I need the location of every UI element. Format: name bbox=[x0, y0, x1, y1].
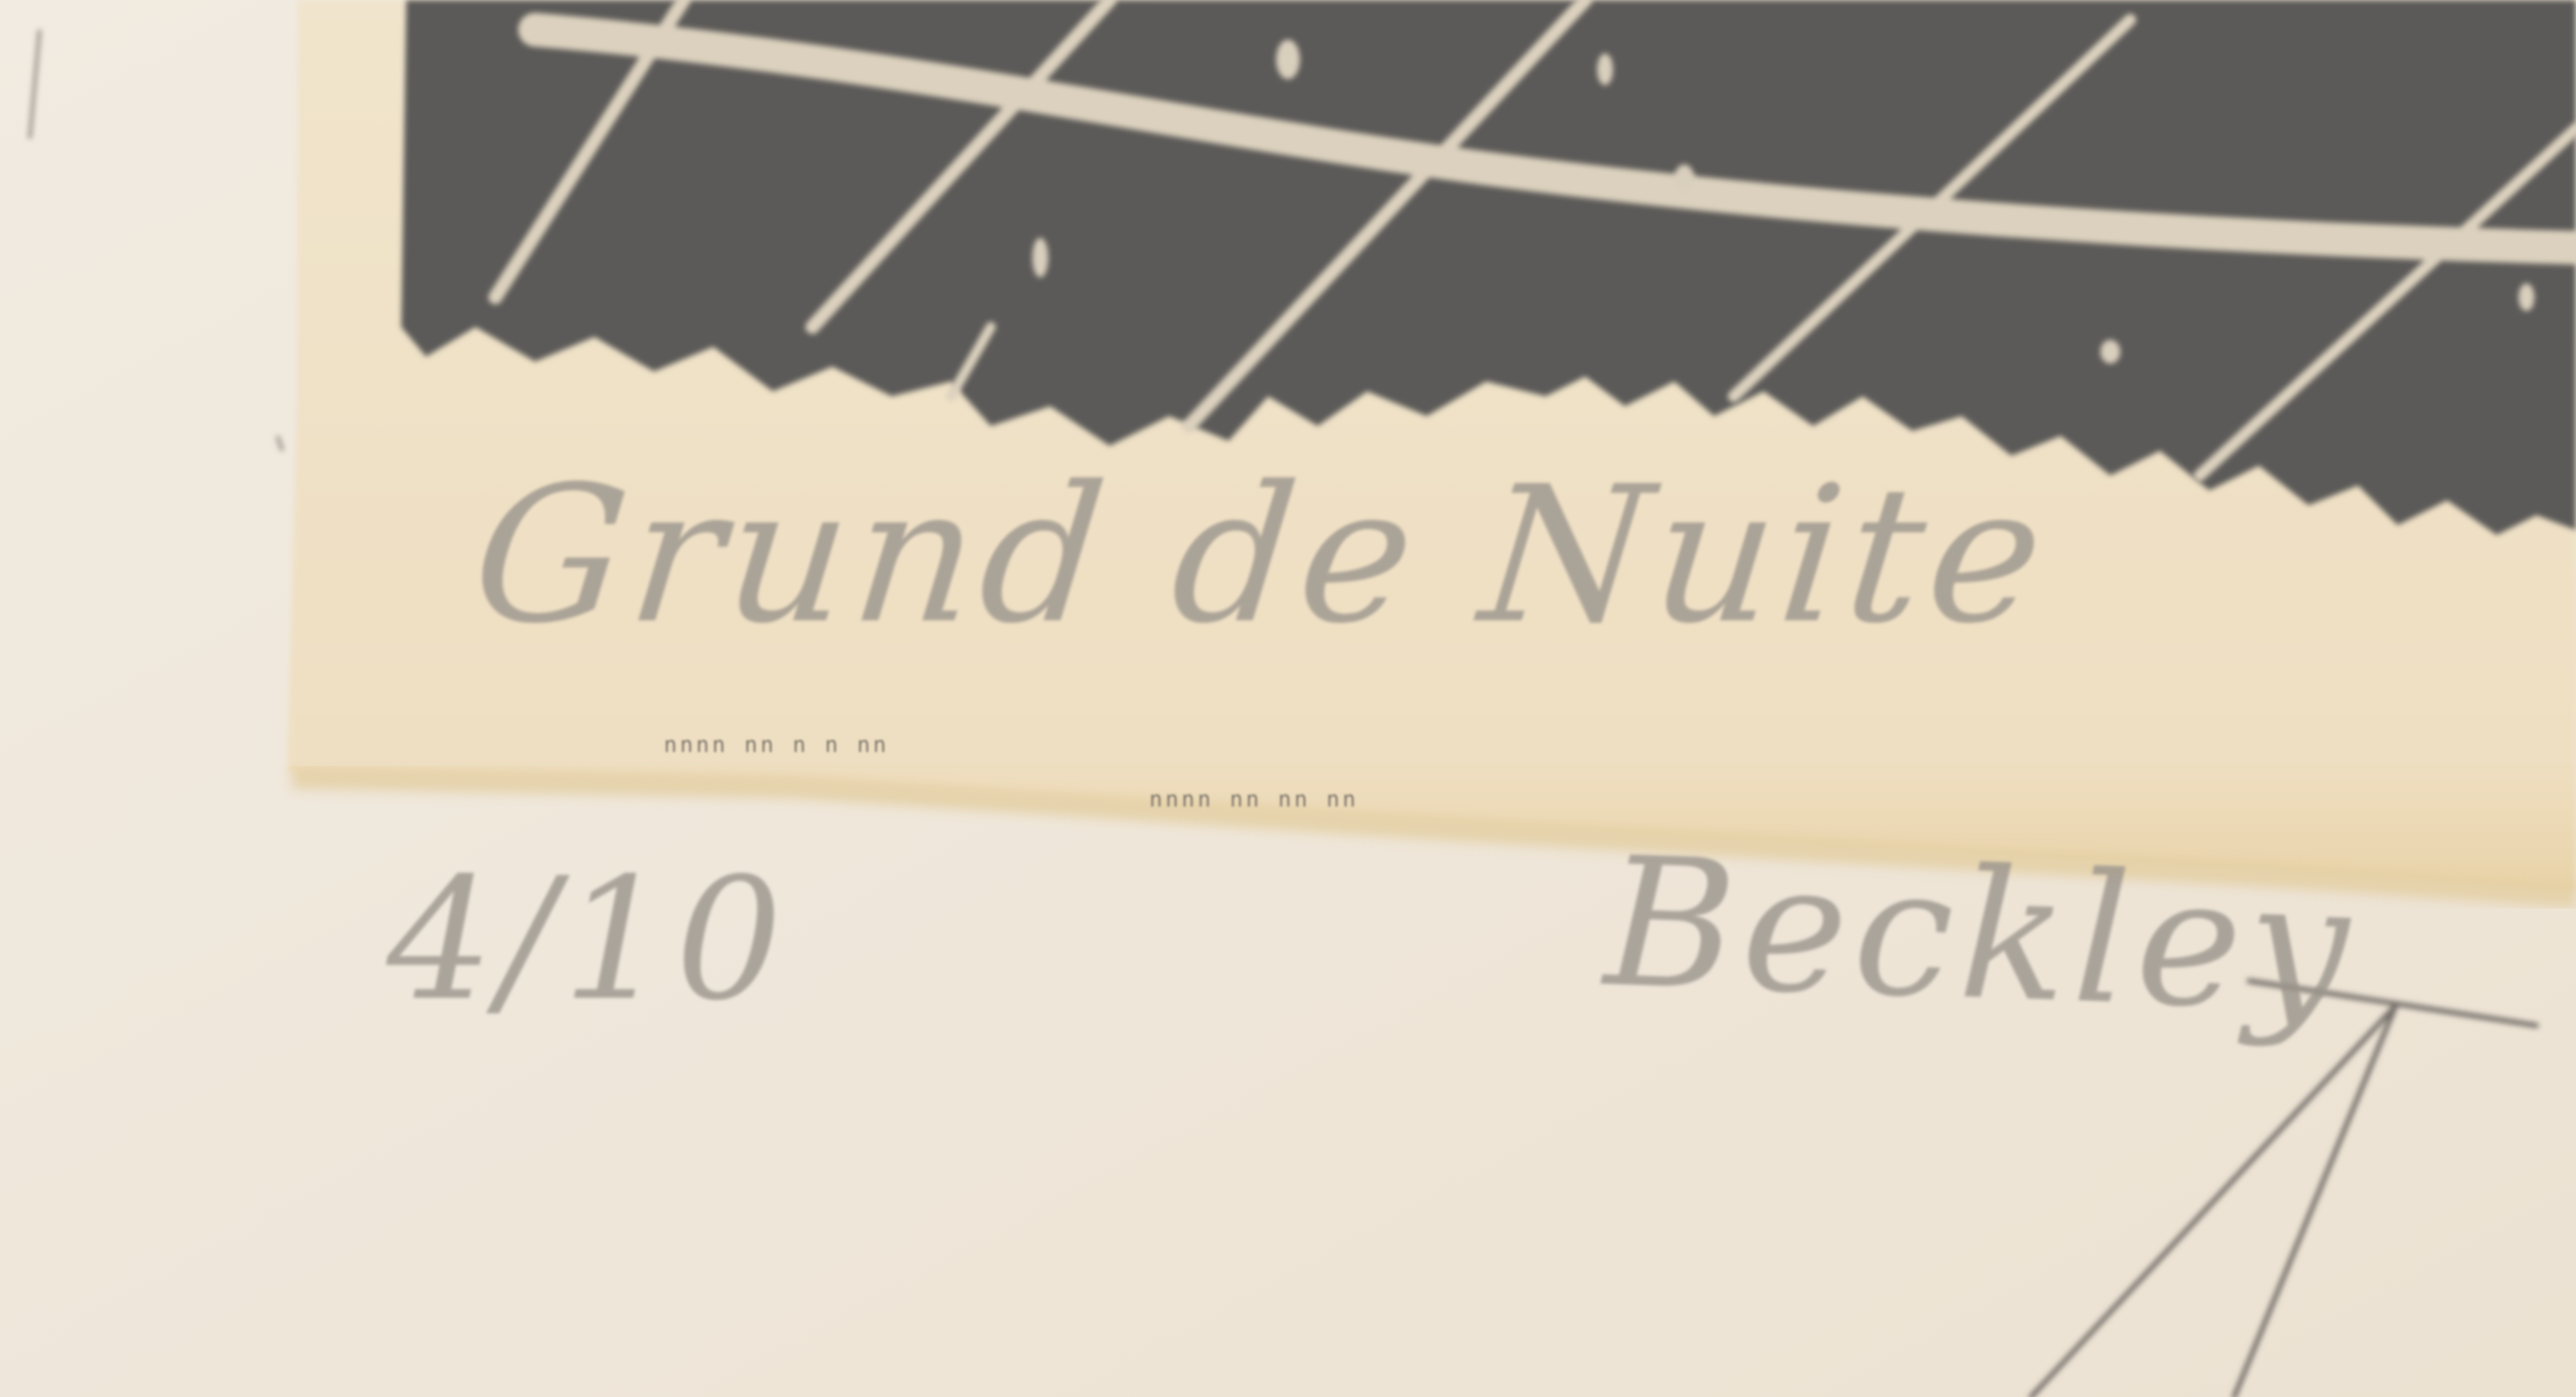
printer-marks-row-1: nnnn nn n n nn bbox=[664, 733, 889, 758]
artist-signature: Beckley bbox=[1602, 819, 2358, 1052]
title-inscription: Grund de Nuite bbox=[464, 446, 2058, 665]
print-photo-scene bbox=[0, 0, 2576, 1397]
edition-number: 4/10 bbox=[386, 842, 789, 1038]
printer-marks-row-2: nnnn nn nn nn bbox=[1149, 788, 1358, 812]
